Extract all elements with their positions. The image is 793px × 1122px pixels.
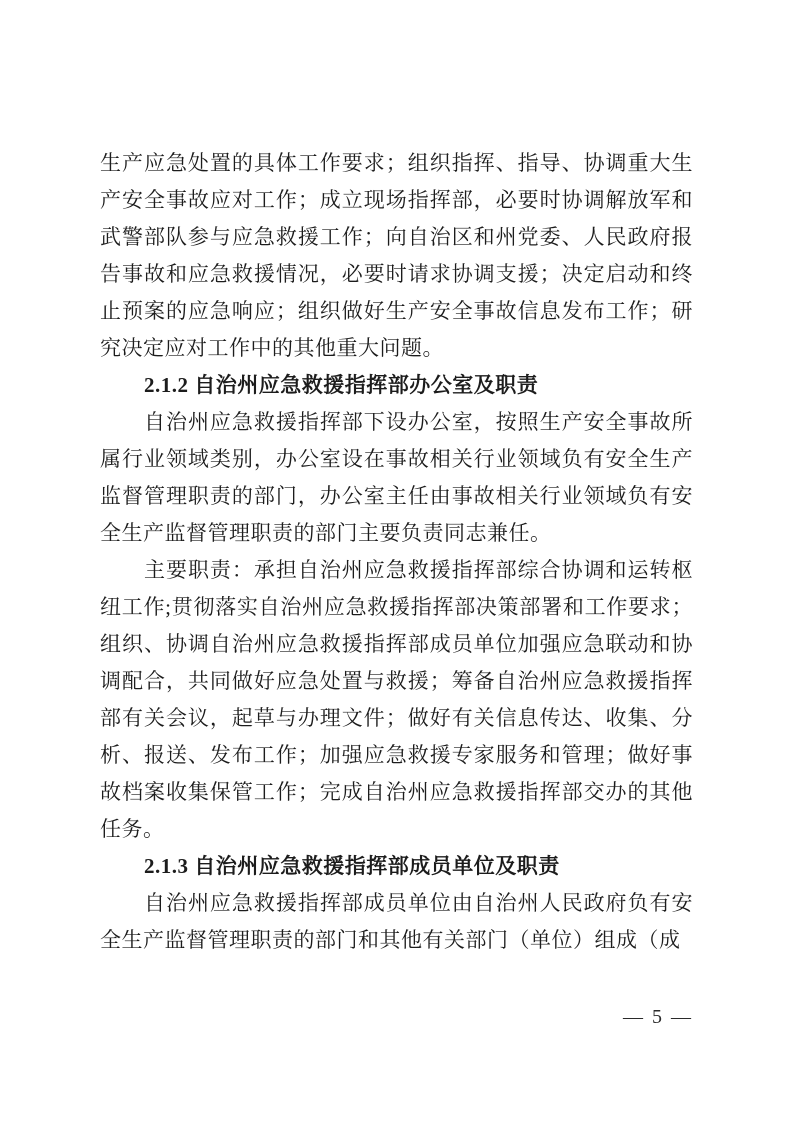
- text-line: 自治州应急救援指挥部下设办公室，按照生产安全事故所: [100, 404, 693, 441]
- text-line: 部有关会议，起草与办理文件；做好有关信息传达、收集、分: [100, 700, 693, 737]
- text-line: 监督管理职责的部门，办公室主任由事故相关行业领域负有安: [100, 478, 693, 515]
- page-number: — 5 —: [623, 1003, 693, 1031]
- text-line: 主要职责：承担自治州应急救援指挥部综合协调和运转枢: [100, 552, 693, 589]
- text-line: 纽工作;贯彻落实自治州应急救援指挥部决策部署和工作要求；: [100, 589, 693, 626]
- text-line: 告事故和应急救援情况，必要时请求协调支援；决定启动和终: [100, 256, 693, 293]
- text-line: 2.1.2 自治州应急救援指挥部办公室及职责: [100, 367, 693, 404]
- text-line: 故档案收集保管工作；完成自治州应急救援指挥部交办的其他: [100, 774, 693, 811]
- text-line: 任务。: [100, 811, 693, 848]
- text-line: 2.1.3 自治州应急救援指挥部成员单位及职责: [100, 848, 693, 885]
- text-line: 析、报送、发布工作；加强应急救援专家服务和管理；做好事: [100, 737, 693, 774]
- paragraph: 自治州应急救援指挥部成员单位由自治州人民政府负有安全生产监督管理职责的部门和其他…: [100, 885, 693, 959]
- section-heading: 2.1.3 自治州应急救援指挥部成员单位及职责: [100, 848, 693, 885]
- text-line: 生产应急处置的具体工作要求；组织指挥、指导、协调重大生: [100, 145, 693, 182]
- text-line: 全生产监督管理职责的部门主要负责同志兼任。: [100, 515, 693, 552]
- text-line: 自治州应急救援指挥部成员单位由自治州人民政府负有安: [100, 885, 693, 922]
- text-line: 调配合，共同做好应急处置与救援；筹备自治州应急救援指挥: [100, 663, 693, 700]
- paragraph: 自治州应急救援指挥部下设办公室，按照生产安全事故所属行业领域类别，办公室设在事故…: [100, 404, 693, 552]
- text-line: 武警部队参与应急救援工作；向自治区和州党委、人民政府报: [100, 219, 693, 256]
- text-line: 属行业领域类别，办公室设在事故相关行业领域负有安全生产: [100, 441, 693, 478]
- text-line: 组织、协调自治州应急救援指挥部成员单位加强应急联动和协: [100, 626, 693, 663]
- text-line: 全生产监督管理职责的部门和其他有关部门（单位）组成（成: [100, 922, 693, 959]
- paragraph: 主要职责：承担自治州应急救援指挥部综合协调和运转枢纽工作;贯彻落实自治州应急救援…: [100, 552, 693, 848]
- section-heading: 2.1.2 自治州应急救援指挥部办公室及职责: [100, 367, 693, 404]
- document-page: 生产应急处置的具体工作要求；组织指挥、指导、协调重大生产安全事故应对工作；成立现…: [0, 0, 793, 1122]
- document-body: 生产应急处置的具体工作要求；组织指挥、指导、协调重大生产安全事故应对工作；成立现…: [100, 145, 693, 959]
- text-line: 产安全事故应对工作；成立现场指挥部，必要时协调解放军和: [100, 182, 693, 219]
- text-line: 止预案的应急响应；组织做好生产安全事故信息发布工作；研: [100, 293, 693, 330]
- text-line: 究决定应对工作中的其他重大问题。: [100, 330, 693, 367]
- paragraph: 生产应急处置的具体工作要求；组织指挥、指导、协调重大生产安全事故应对工作；成立现…: [100, 145, 693, 367]
